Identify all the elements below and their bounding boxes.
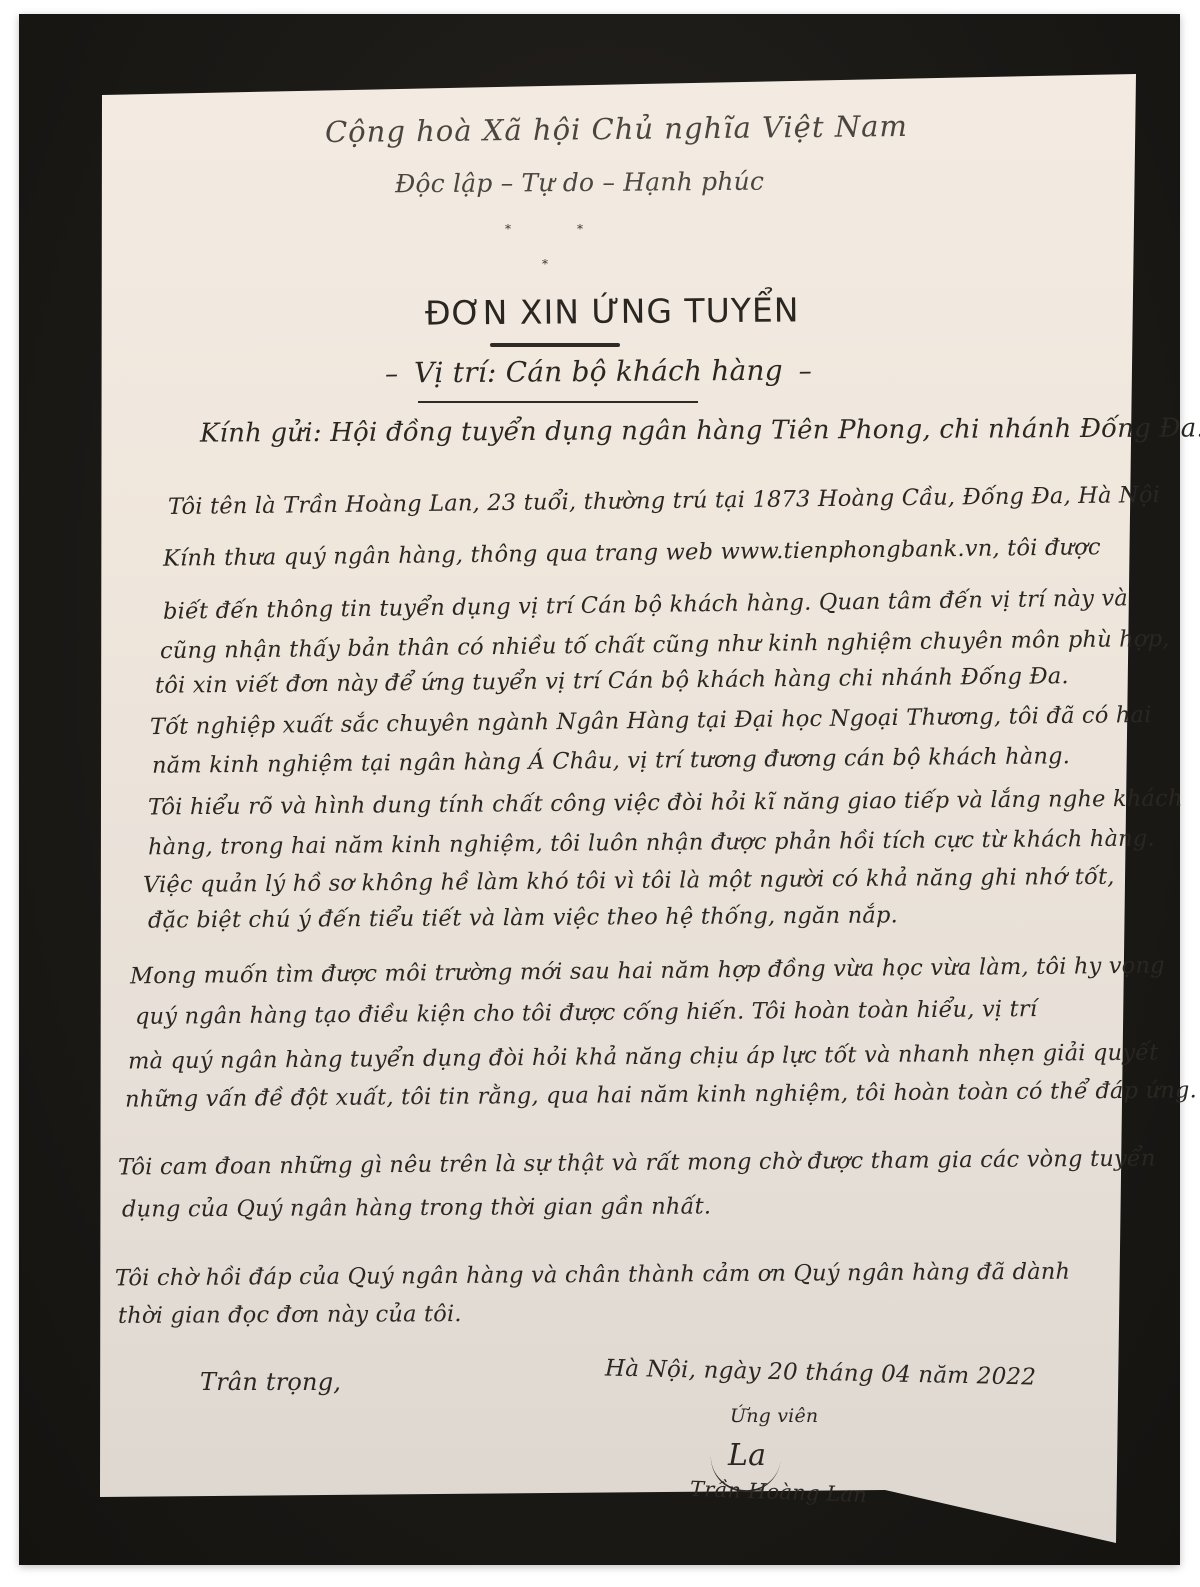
subtitle-dash-right: – [799, 357, 812, 387]
position-label: Vị trí: Cán bộ khách hàng [414, 354, 783, 390]
position-subtitle: – Vị trí: Cán bộ khách hàng – [385, 354, 812, 390]
subtitle-underline [418, 401, 698, 403]
national-motto-line1: Cộng hoà Xã hội Chủ nghĩa Việt Nam [325, 109, 908, 149]
subtitle-dash-left: – [385, 359, 398, 389]
title-underline [490, 343, 620, 347]
signer-role: Ứng viên [730, 1405, 818, 1427]
star-icon: * [505, 222, 511, 236]
closing-salutation: Trân trọng, [200, 1368, 341, 1396]
body-line: thời gian đọc đơn này của tôi. [118, 1301, 462, 1329]
star-icon: * [577, 222, 583, 236]
body-line: đặc biệt chú ý đến tiểu tiết và làm việc… [148, 902, 898, 933]
greeting: Kính gửi: Hội đồng tuyển dụng ngân hàng … [200, 413, 1200, 448]
document-title: ĐƠN XIN ỨNG TUYỂN [425, 290, 800, 332]
star-ornament: * * * [495, 222, 585, 272]
body-line: dụng của Quý ngân hàng trong thời gian g… [122, 1193, 711, 1222]
national-motto-line2: Độc lập – Tự do – Hạnh phúc [395, 167, 764, 199]
star-icon: * [542, 257, 548, 271]
